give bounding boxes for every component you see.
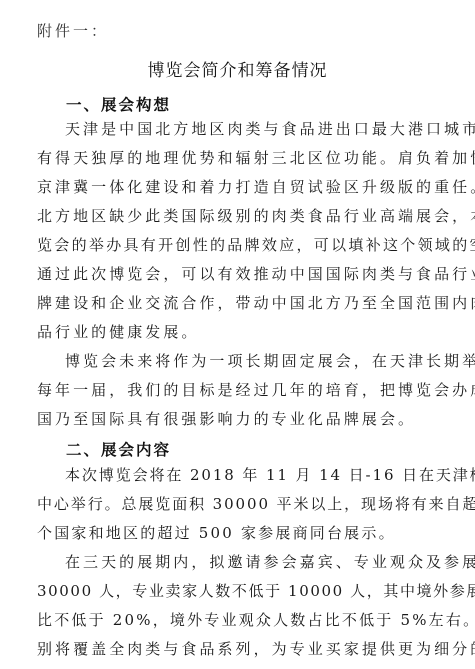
text-line: 30000 人，专业卖家人数不低于 10000 人，其中境外参展企业占: [37, 577, 433, 606]
text-line: 别将覆盖全肉类与食品系列，为专业买家提供更为细分的选择: [37, 635, 433, 664]
text-line: 天津是中国北方地区肉类与食品进出口最大港口城市，具: [37, 115, 433, 144]
text-line: 览会的举办具有开创性的品牌效应，可以填补这个领域的空白。: [37, 231, 433, 260]
document-page: 附件一： 博览会简介和筹备情况 一、展会构想 天津是中国北方地区肉类与食品进出口…: [0, 0, 475, 669]
paragraph-1-1: 天津是中国北方地区肉类与食品进出口最大港口城市，具 有得天独厚的地理优势和辐射三…: [37, 115, 433, 347]
paragraph-2-1: 本次博览会将在 2018 年 11 月 14 日-16 日在天津梅江会展 中心举…: [37, 461, 433, 548]
text-line: 博览会未来将作为一项长期固定展会，在天津长期举办，: [37, 347, 433, 376]
text-line: 品行业的健康发展。: [37, 318, 433, 347]
text-line: 通过此次博览会，可以有效推动中国国际肉类与食品行业的品: [37, 260, 433, 289]
text-line: 比不低于 20%，境外专业观众人数占比不低于 5%左右。展品类: [37, 606, 433, 635]
text-line: 在三天的展期内，拟邀请参会嘉宾、专业观众及参展客商: [37, 548, 433, 577]
section-heading-content: 二、展会内容: [66, 438, 171, 460]
text-line: 牌建设和企业交流合作，带动中国北方乃至全国范围内肉类食: [37, 289, 433, 318]
text-line: 北方地区缺少此类国际级别的肉类食品行业高端展会，本次博: [37, 202, 433, 231]
text-line: 本次博览会将在 2018 年 11 月 14 日-16 日在天津梅江会展: [37, 461, 433, 490]
document-title: 博览会简介和筹备情况: [0, 56, 475, 81]
text-line: 有得天独厚的地理优势和辐射三北区位功能。肩负着加快推进: [37, 144, 433, 173]
text-line: 国乃至国际具有很强影响力的专业化品牌展会。: [37, 405, 433, 434]
text-line: 中心举行。总展览面积 30000 平米以上，现场将有来自超过 20: [37, 490, 433, 519]
section-heading-concept: 一、展会构想: [66, 93, 171, 115]
attachment-label: 附件一：: [37, 20, 109, 41]
paragraph-1-2: 博览会未来将作为一项长期固定展会，在天津长期举办， 每年一届，我们的目标是经过几…: [37, 347, 433, 434]
text-line: 每年一届，我们的目标是经过几年的培育，把博览会办成在全: [37, 376, 433, 405]
text-line: 个国家和地区的超过 500 家参展商同台展示。: [37, 519, 433, 548]
text-line: 京津冀一体化建设和着力打造自贸试验区升级版的重任。目前: [37, 173, 433, 202]
paragraph-2-2: 在三天的展期内，拟邀请参会嘉宾、专业观众及参展客商 30000 人，专业卖家人数…: [37, 548, 433, 664]
